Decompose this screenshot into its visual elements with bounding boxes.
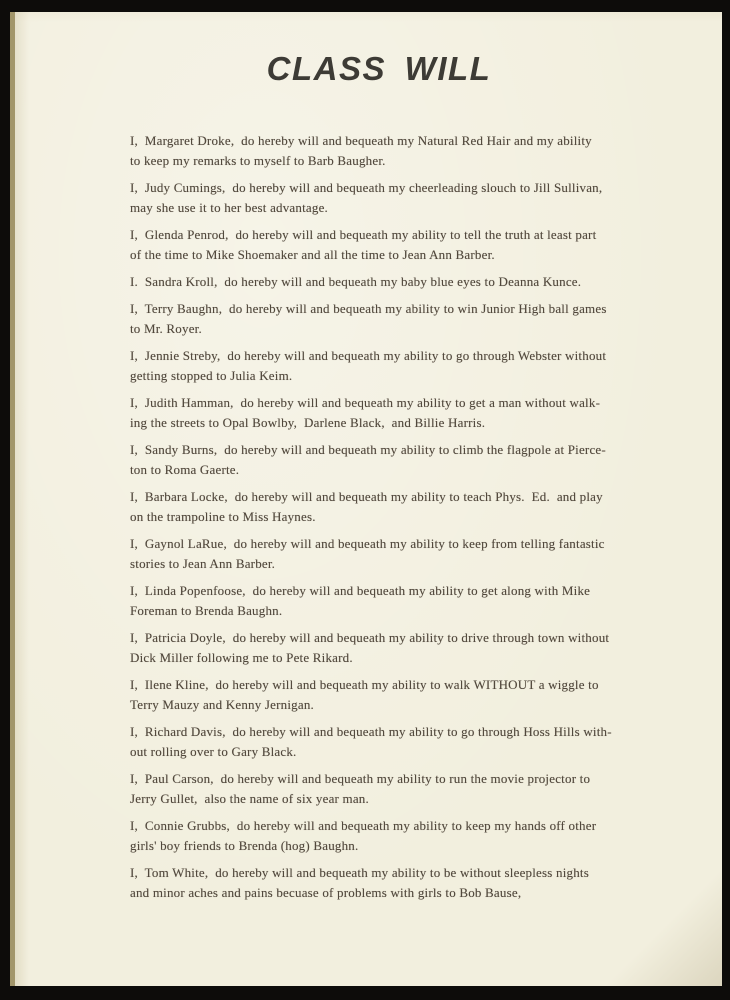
- will-entry: I, Barbara Locke, do hereby will and beq…: [130, 487, 628, 527]
- will-entry-line: getting stopped to Julia Keim.: [130, 366, 628, 386]
- will-entry: I, Patricia Doyle, do hereby will and be…: [130, 628, 628, 668]
- will-entry: I, Judy Cumings, do hereby will and bequ…: [130, 178, 628, 218]
- page-title: CLASS WILL: [130, 50, 628, 88]
- will-entry-line: I, Barbara Locke, do hereby will and beq…: [130, 487, 628, 507]
- will-entry-line: Terry Mauzy and Kenny Jernigan.: [130, 695, 628, 715]
- will-entry-line: to Mr. Royer.: [130, 319, 628, 339]
- will-entry-line: I, Paul Carson, do hereby will and beque…: [130, 769, 628, 789]
- will-entry: I, Terry Baughn, do hereby will and bequ…: [130, 299, 628, 339]
- will-entry-line: Foreman to Brenda Baughn.: [130, 601, 628, 621]
- will-entry-line: I, Richard Davis, do hereby will and beq…: [130, 722, 628, 742]
- will-entry-line: I, Judith Hamman, do hereby will and beq…: [130, 393, 628, 413]
- will-entry: I. Sandra Kroll, do hereby will and bequ…: [130, 272, 628, 292]
- will-entries: I, Margaret Droke, do hereby will and be…: [130, 131, 628, 903]
- will-entry-line: I, Gaynol LaRue, do hereby will and bequ…: [130, 534, 628, 554]
- will-entry: I, Tom White, do hereby will and bequeat…: [130, 863, 628, 903]
- will-entry: I, Linda Popenfoose, do hereby will and …: [130, 581, 628, 621]
- will-entry-line: Jerry Gullet, also the name of six year …: [130, 789, 628, 809]
- document-page: CLASS WILL I, Margaret Droke, do hereby …: [10, 12, 722, 986]
- will-entry: I, Richard Davis, do hereby will and beq…: [130, 722, 628, 762]
- will-entry: I, Margaret Droke, do hereby will and be…: [130, 131, 628, 171]
- will-entry-line: I. Sandra Kroll, do hereby will and bequ…: [130, 272, 628, 292]
- will-entry-line: on the trampoline to Miss Haynes.: [130, 507, 628, 527]
- will-entry-line: I, Margaret Droke, do hereby will and be…: [130, 131, 628, 151]
- will-entry-line: out rolling over to Gary Black.: [130, 742, 628, 762]
- will-entry: I, Jennie Streby, do hereby will and beq…: [130, 346, 628, 386]
- will-entry: I, Glenda Penrod, do hereby will and beq…: [130, 225, 628, 265]
- will-entry: I, Sandy Burns, do hereby will and beque…: [130, 440, 628, 480]
- will-entry-line: I, Glenda Penrod, do hereby will and beq…: [130, 225, 628, 245]
- will-entry-line: Dick Miller following me to Pete Rikard.: [130, 648, 628, 668]
- will-entry-line: I, Jennie Streby, do hereby will and beq…: [130, 346, 628, 366]
- will-entry-line: I, Sandy Burns, do hereby will and beque…: [130, 440, 628, 460]
- will-entry-line: stories to Jean Ann Barber.: [130, 554, 628, 574]
- will-entry-line: I, Connie Grubbs, do hereby will and beq…: [130, 816, 628, 836]
- will-entry: I, Connie Grubbs, do hereby will and beq…: [130, 816, 628, 856]
- will-entry-line: I, Judy Cumings, do hereby will and bequ…: [130, 178, 628, 198]
- will-entry-line: I, Linda Popenfoose, do hereby will and …: [130, 581, 628, 601]
- will-entry-line: ing the streets to Opal Bowlby, Darlene …: [130, 413, 628, 433]
- will-entry-line: and minor aches and pains becuase of pro…: [130, 883, 628, 903]
- will-entry: I, Ilene Kline, do hereby will and beque…: [130, 675, 628, 715]
- will-entry-line: I, Ilene Kline, do hereby will and beque…: [130, 675, 628, 695]
- will-entry-line: of the time to Mike Shoemaker and all th…: [130, 245, 628, 265]
- will-entry-line: girls' boy friends to Brenda (hog) Baugh…: [130, 836, 628, 856]
- will-entry-line: I, Tom White, do hereby will and bequeat…: [130, 863, 628, 883]
- will-entry: I, Judith Hamman, do hereby will and beq…: [130, 393, 628, 433]
- will-entry-line: ton to Roma Gaerte.: [130, 460, 628, 480]
- will-entry-line: to keep my remarks to myself to Barb Bau…: [130, 151, 628, 171]
- will-entry-line: I, Terry Baughn, do hereby will and bequ…: [130, 299, 628, 319]
- will-entry: I, Gaynol LaRue, do hereby will and bequ…: [130, 534, 628, 574]
- will-entry: I, Paul Carson, do hereby will and beque…: [130, 769, 628, 809]
- scanned-page-frame: CLASS WILL I, Margaret Droke, do hereby …: [0, 0, 730, 1000]
- will-entry-line: I, Patricia Doyle, do hereby will and be…: [130, 628, 628, 648]
- will-entry-line: may she use it to her best advantage.: [130, 198, 628, 218]
